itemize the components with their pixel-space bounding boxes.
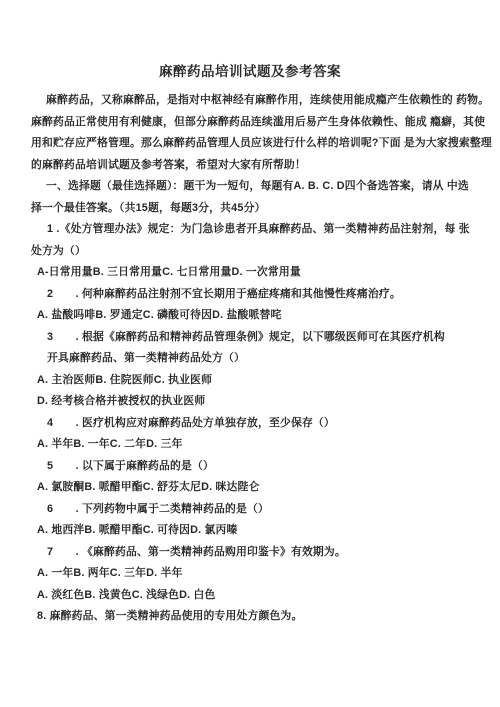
question-3-options: D. 经考核合格并被授权的执业医师 (31, 391, 476, 413)
question-2-line: 2 . 何种麻醉药品注射剂不宜长期用于癌症疼痛和其他慢性疼痛治疗。 (31, 284, 476, 306)
intro-paragraph-line: 用和贮存应严格管理。那么麻醉药品管理人员应该进行什么样的培训呢?下面 是为大家搜… (31, 133, 476, 155)
question-3-line: 开具麻醉药品、第一类精神药品处方（） (31, 348, 476, 370)
question-7-options: A. 一年B. 两年C. 三年D. 半年 (31, 563, 476, 585)
question-8-line: 8. 麻醉药品、第一类精神药品使用的专用处方颜色为。 (31, 606, 476, 628)
question-4-options: A. 半年B. 一年C. 二年D. 三年 (31, 434, 476, 456)
intro-paragraph-line: 的麻醉药品培训试题及参考答案，希望对大家有所帮助！ (31, 155, 476, 177)
question-6-options: A. 地西泮B. 哌醋甲酯C. 可待因D. 氯丙嗪 (31, 520, 476, 542)
section-heading-line: 一、选择题（最佳选择题）：题干为一短句，每题有A. B. C. D四个备选答案，… (31, 176, 476, 198)
question-5-options: A. 氯胺酮B. 哌醋甲酯C. 舒芬太尼D. 咪达陛仑 (31, 477, 476, 499)
question-2-options: A. 盐酸吗啡B. 罗通定C. 磷酸可待因D. 盐酸哌替咤 (31, 305, 476, 327)
question-6-line: 6 . 下列药物中属于二类精神药品的是（） (31, 499, 476, 521)
document-page: 麻醉药品培训试题及参考答案 麻醉药品，又称麻醉品，是指对中枢神经有麻醉作用，连续… (0, 0, 500, 707)
question-7-line: 7 . 《麻醉药品、第一类精神药品购用印鉴卡》有效期为。 (31, 542, 476, 564)
section-heading-line: 择一个最佳答案。（共15题，每题3分，共45分） (31, 198, 476, 220)
question-8-options: A. 淡红色B. 浅黄色C. 浅绿色D. 白色 (31, 585, 476, 607)
page-title: 麻醉药品培训试题及参考答案 (0, 61, 500, 83)
question-1-options: A-日常用量B. 三日常用量C. 七日常用量D. 一次常用量 (31, 262, 476, 284)
question-3-line: 3 . 根据《麻醉药品和精神药品管理条例》规定，以下哪级医师可在其医疗机构 (31, 327, 476, 349)
question-1-line: 处方为（） (31, 241, 476, 263)
intro-paragraph-line: 麻醉药品，又称麻醉品，是指对中枢神经有麻醉作用，连续使用能成瘾产生依赖性的 药物… (31, 90, 476, 112)
document-body: 麻醉药品，又称麻醉品，是指对中枢神经有麻醉作用，连续使用能成瘾产生依赖性的 药物… (31, 90, 476, 628)
intro-paragraph-line: 麻醉药品正常使用有利健康，但部分麻醉药品连续滥用后易产生身体依赖性、能成 瘾癖，… (31, 112, 476, 134)
question-5-line: 5 . 以下属于麻醉药品的是（） (31, 456, 476, 478)
question-1-line: 1 .《处方管理办法》规定：为门急诊患者开具麻醉药品、第一类精神药品注射剂，每 … (31, 219, 476, 241)
question-4-line: 4 . 医疗机构应对麻醉药品处方单独存放，至少保存（） (31, 413, 476, 435)
question-3-options: A. 主治医师B. 住院医师C. 执业医师 (31, 370, 476, 392)
